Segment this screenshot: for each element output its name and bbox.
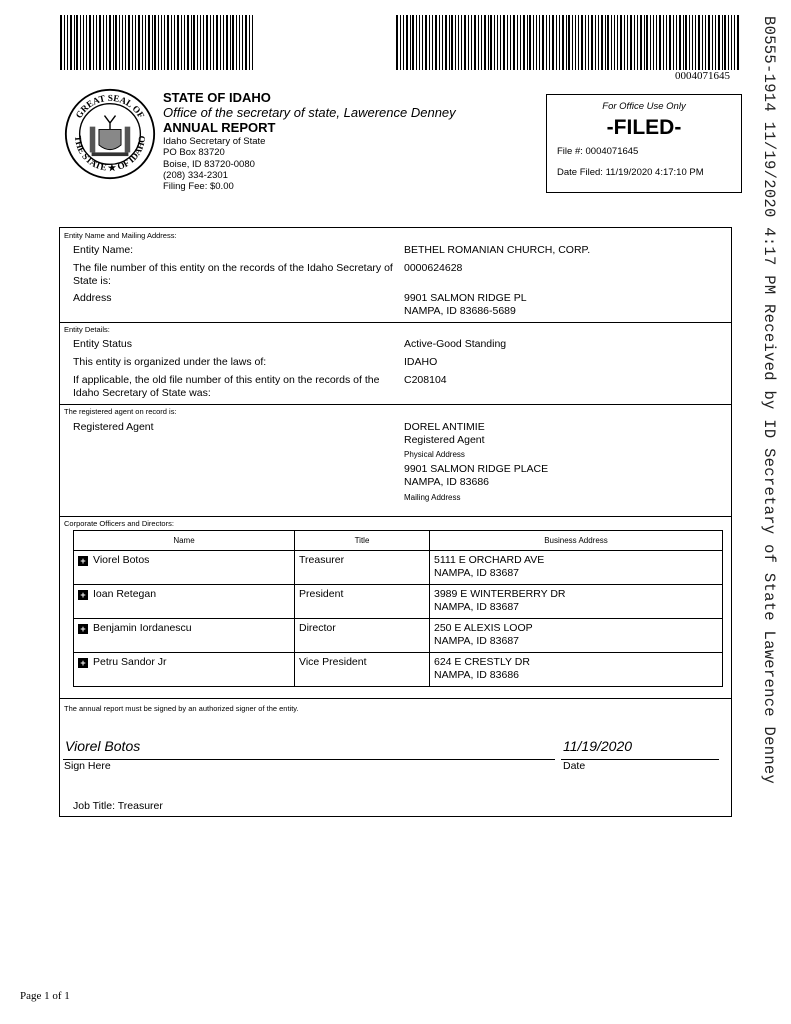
agent-section: The registered agent on record is: Regis… [60, 404, 731, 517]
barcode-right [396, 15, 741, 70]
officer-address: 3989 E WINTERBERRY DRNAMPA, ID 83687 [430, 585, 723, 619]
entity-jurisdiction: IDAHO [404, 356, 437, 369]
old-file-number: C208104 [404, 374, 447, 387]
section-divider [60, 698, 731, 699]
header-block: STATE OF IDAHO Office of the secretary o… [163, 91, 456, 193]
filing-fee: Filing Fee: $0.00 [163, 181, 456, 192]
agent-physical-address: 9901 SALMON RIDGE PLACE NAMPA, ID 83686 [404, 463, 548, 488]
agent-name: DOREL ANTIMIE [404, 421, 485, 434]
officer-row: +Petru Sandor JrVice President624 E CRES… [74, 653, 723, 687]
officer-address: 624 E CRESTLY DRNAMPA, ID 83686 [430, 653, 723, 687]
officer-row: +Viorel BotosTreasurer5111 E ORCHARD AVE… [74, 551, 723, 585]
officer-title: President [295, 585, 430, 619]
officer-row: +Ioan ReteganPresident3989 E WINTERBERRY… [74, 585, 723, 619]
officer-title: Vice President [295, 653, 430, 687]
officer-name: Ioan Retegan [93, 588, 156, 600]
officer-address: 5111 E ORCHARD AVENAMPA, ID 83687 [430, 551, 723, 585]
entity-status: Active-Good Standing [404, 338, 506, 351]
entity-section: Entity Name and Mailing Address: Entity … [60, 228, 731, 323]
office-title: Office of the secretary of state, Lawere… [163, 106, 456, 121]
great-seal-icon: GREAT SEAL OF THE STATE ★ OF IDAHO [64, 88, 156, 180]
officer-title: Director [295, 619, 430, 653]
office-use-box: For Office Use Only -FILED- File #: 0004… [546, 94, 742, 193]
officer-name: Petru Sandor Jr [93, 656, 167, 668]
report-title: ANNUAL REPORT [163, 121, 456, 136]
officer-title: Treasurer [295, 551, 430, 585]
barcode-number: 0004071645 [675, 70, 730, 82]
officer-name: Benjamin Iordanescu [93, 622, 192, 634]
date-filed: Date Filed: 11/19/2020 4:17:10 PM [557, 167, 741, 178]
expand-plus-icon[interactable]: + [78, 658, 88, 668]
details-section: Entity Details: Entity Status Active-Goo… [60, 322, 731, 405]
officer-name: Viorel Botos [93, 554, 149, 566]
signature-date: 11/19/2020 [563, 738, 632, 754]
job-title: Job Title: Treasurer [73, 800, 163, 813]
signer-name: Viorel Botos [65, 738, 140, 754]
officer-row: +Benjamin IordanescuDirector250 E ALEXIS… [74, 619, 723, 653]
entity-name: BETHEL ROMANIAN CHURCH, CORP. [404, 244, 590, 257]
page-number: Page 1 of 1 [20, 990, 70, 1002]
state-title: STATE OF IDAHO [163, 91, 456, 106]
expand-plus-icon[interactable]: + [78, 590, 88, 600]
barcode-left [60, 15, 255, 70]
entity-address: 9901 SALMON RIDGE PL NAMPA, ID 83686-568… [404, 292, 527, 317]
signature-line [63, 759, 555, 760]
officers-table: Name Title Business Address +Viorel Boto… [73, 530, 723, 687]
expand-plus-icon[interactable]: + [78, 624, 88, 634]
entity-file-number: 0000624628 [404, 262, 462, 275]
received-stamp: B0555-1914 11/19/2020 4:17 PM Received b… [760, 16, 778, 784]
officer-address: 250 E ALEXIS LOOPNAMPA, ID 83687 [430, 619, 723, 653]
file-number: File #: 0004071645 [557, 146, 741, 157]
office-address: Idaho Secretary of State PO Box 83720 Bo… [163, 136, 456, 193]
expand-plus-icon[interactable]: + [78, 556, 88, 566]
annual-report-form: Entity Name and Mailing Address: Entity … [59, 227, 732, 817]
filed-status: -FILED- [547, 116, 741, 140]
